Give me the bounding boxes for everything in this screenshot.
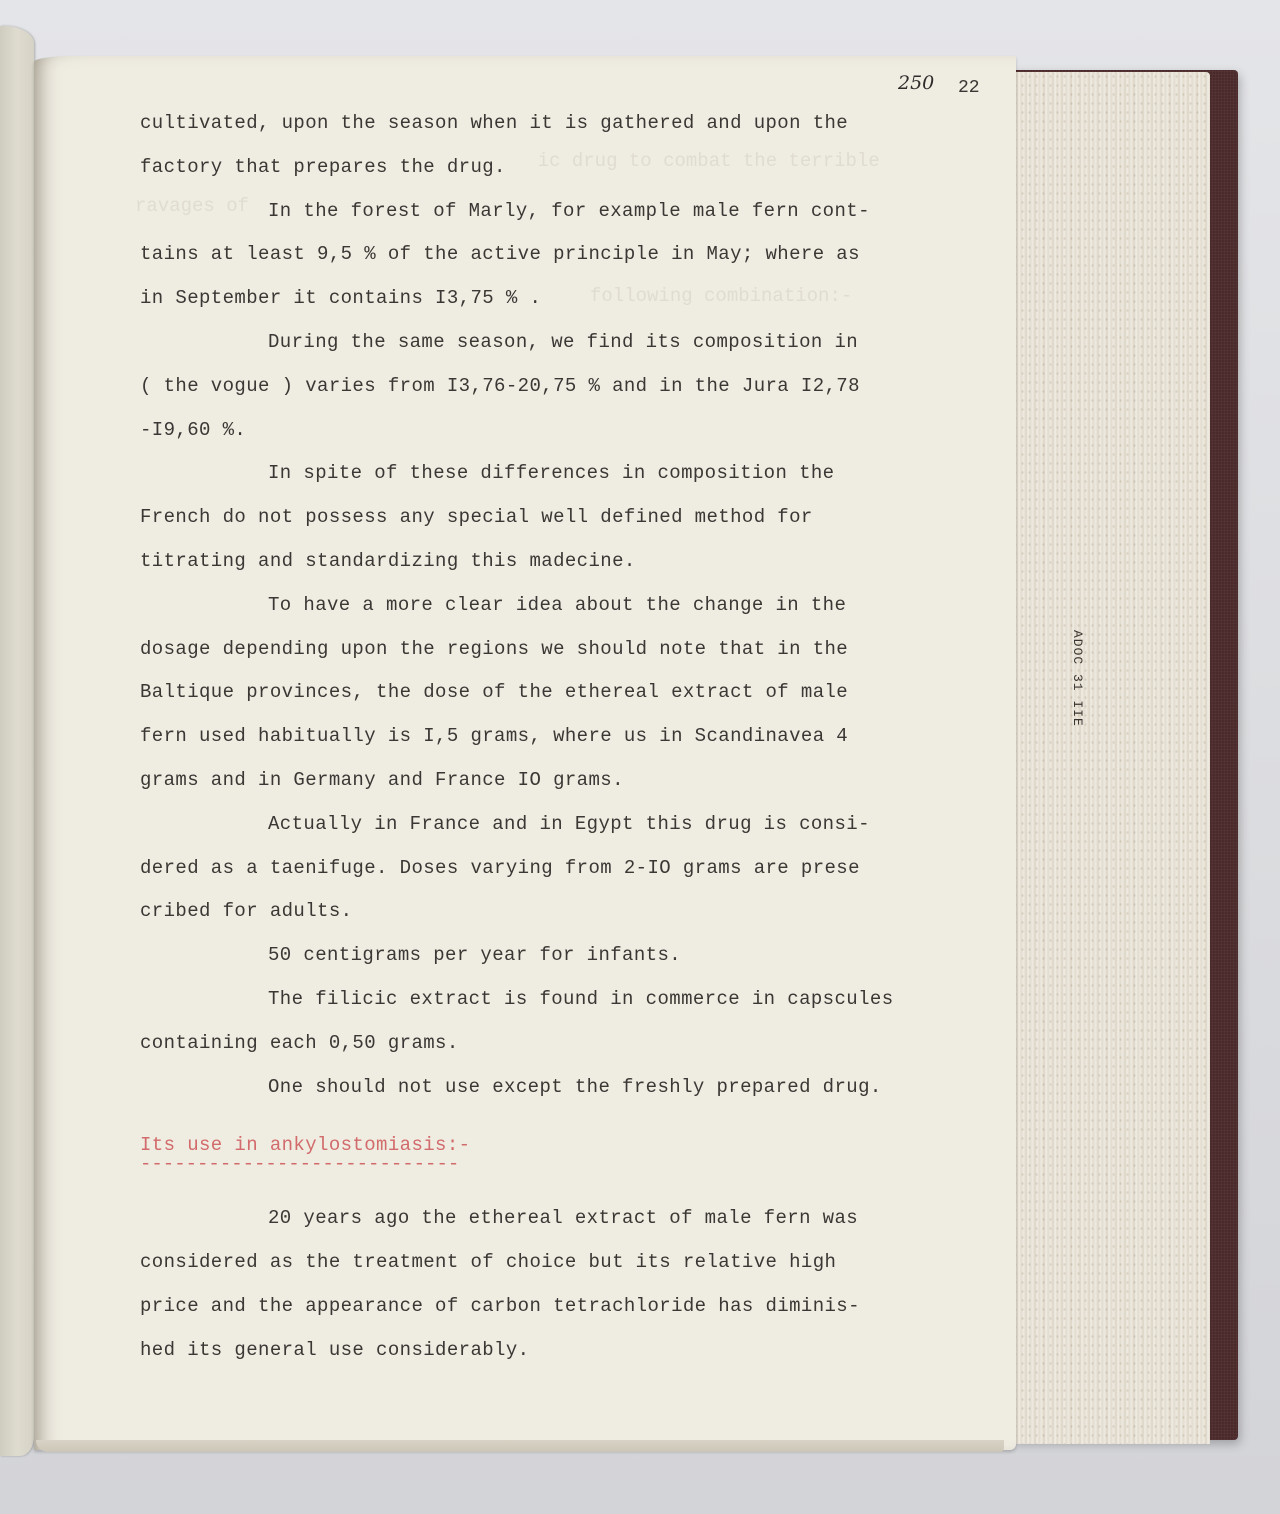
text-line: price and the appearance of carbon tetra… — [140, 1285, 980, 1329]
spacer — [140, 1183, 980, 1197]
folio-handwritten: 250 — [898, 72, 934, 94]
body-text: cultivated, upon the season when it is g… — [140, 102, 980, 1373]
text-line: cribed for adults. — [140, 890, 980, 934]
spacer — [140, 1109, 980, 1127]
text-line: 50 centigrams per year for infants. — [140, 934, 980, 978]
paragraph: In spite of these differences in composi… — [140, 452, 980, 583]
text-line: fern used habitually is I,5 grams, where… — [140, 715, 980, 759]
text-line: tains at least 9,5 % of the active princ… — [140, 233, 980, 277]
paragraph: One should not use except the freshly pr… — [140, 1066, 980, 1110]
section-heading-underline: ---------------------------- — [140, 1159, 980, 1183]
text-line: cultivated, upon the season when it is g… — [140, 102, 980, 146]
text-line: During the same season, we find its comp… — [140, 321, 980, 365]
text-line: dosage depending upon the regions we sho… — [140, 628, 980, 672]
paragraph: Actually in France and in Egypt this dru… — [140, 803, 980, 934]
text-line: in September it contains I3,75 % . — [140, 277, 980, 321]
text-line: To have a more clear idea about the chan… — [140, 584, 980, 628]
text-line: 20 years ago the ethereal extract of mal… — [140, 1197, 980, 1241]
paragraph: 20 years ago the ethereal extract of mal… — [140, 1197, 980, 1372]
text-line: French do not possess any special well d… — [140, 496, 980, 540]
paragraph: 50 centigrams per year for infants. — [140, 934, 980, 978]
paragraph: The filicic extract is found in commerce… — [140, 978, 980, 1066]
text-line: In the forest of Marly, for example male… — [140, 190, 980, 234]
text-line: factory that prepares the drug. — [140, 146, 980, 190]
text-line: In spite of these differences in composi… — [140, 452, 980, 496]
text-line: ( the vogue ) varies from I3,76-20,75 % … — [140, 365, 980, 409]
text-line: dered as a taenifuge. Doses varying from… — [140, 847, 980, 891]
paragraph: cultivated, upon the season when it is g… — [140, 102, 980, 190]
paragraph: In the forest of Marly, for example male… — [140, 190, 980, 321]
text-line: hed its general use considerably. — [140, 1329, 980, 1373]
text-line: Actually in France and in Egypt this dru… — [140, 803, 980, 847]
text-line: containing each 0,50 grams. — [140, 1022, 980, 1066]
folio-typed: 22 — [958, 78, 980, 98]
text-line: grams and in Germany and France IO grams… — [140, 759, 980, 803]
spine-stamp: ADOC 31 IIE — [1070, 630, 1085, 727]
text-line: The filicic extract is found in commerce… — [140, 978, 980, 1022]
paragraph: To have a more clear idea about the chan… — [140, 584, 980, 803]
left-page-curl — [0, 26, 34, 1456]
paragraph: During the same season, we find its comp… — [140, 321, 980, 452]
page-bottom-edge — [36, 1440, 1004, 1452]
text-line: considered as the treatment of choice bu… — [140, 1241, 980, 1285]
page-block-edge — [1005, 72, 1210, 1444]
text-line: titrating and standardizing this madecin… — [140, 540, 980, 584]
text-line: Baltique provinces, the dose of the ethe… — [140, 671, 980, 715]
text-line: One should not use except the freshly pr… — [140, 1066, 980, 1110]
text-line: -I9,60 %. — [140, 409, 980, 453]
